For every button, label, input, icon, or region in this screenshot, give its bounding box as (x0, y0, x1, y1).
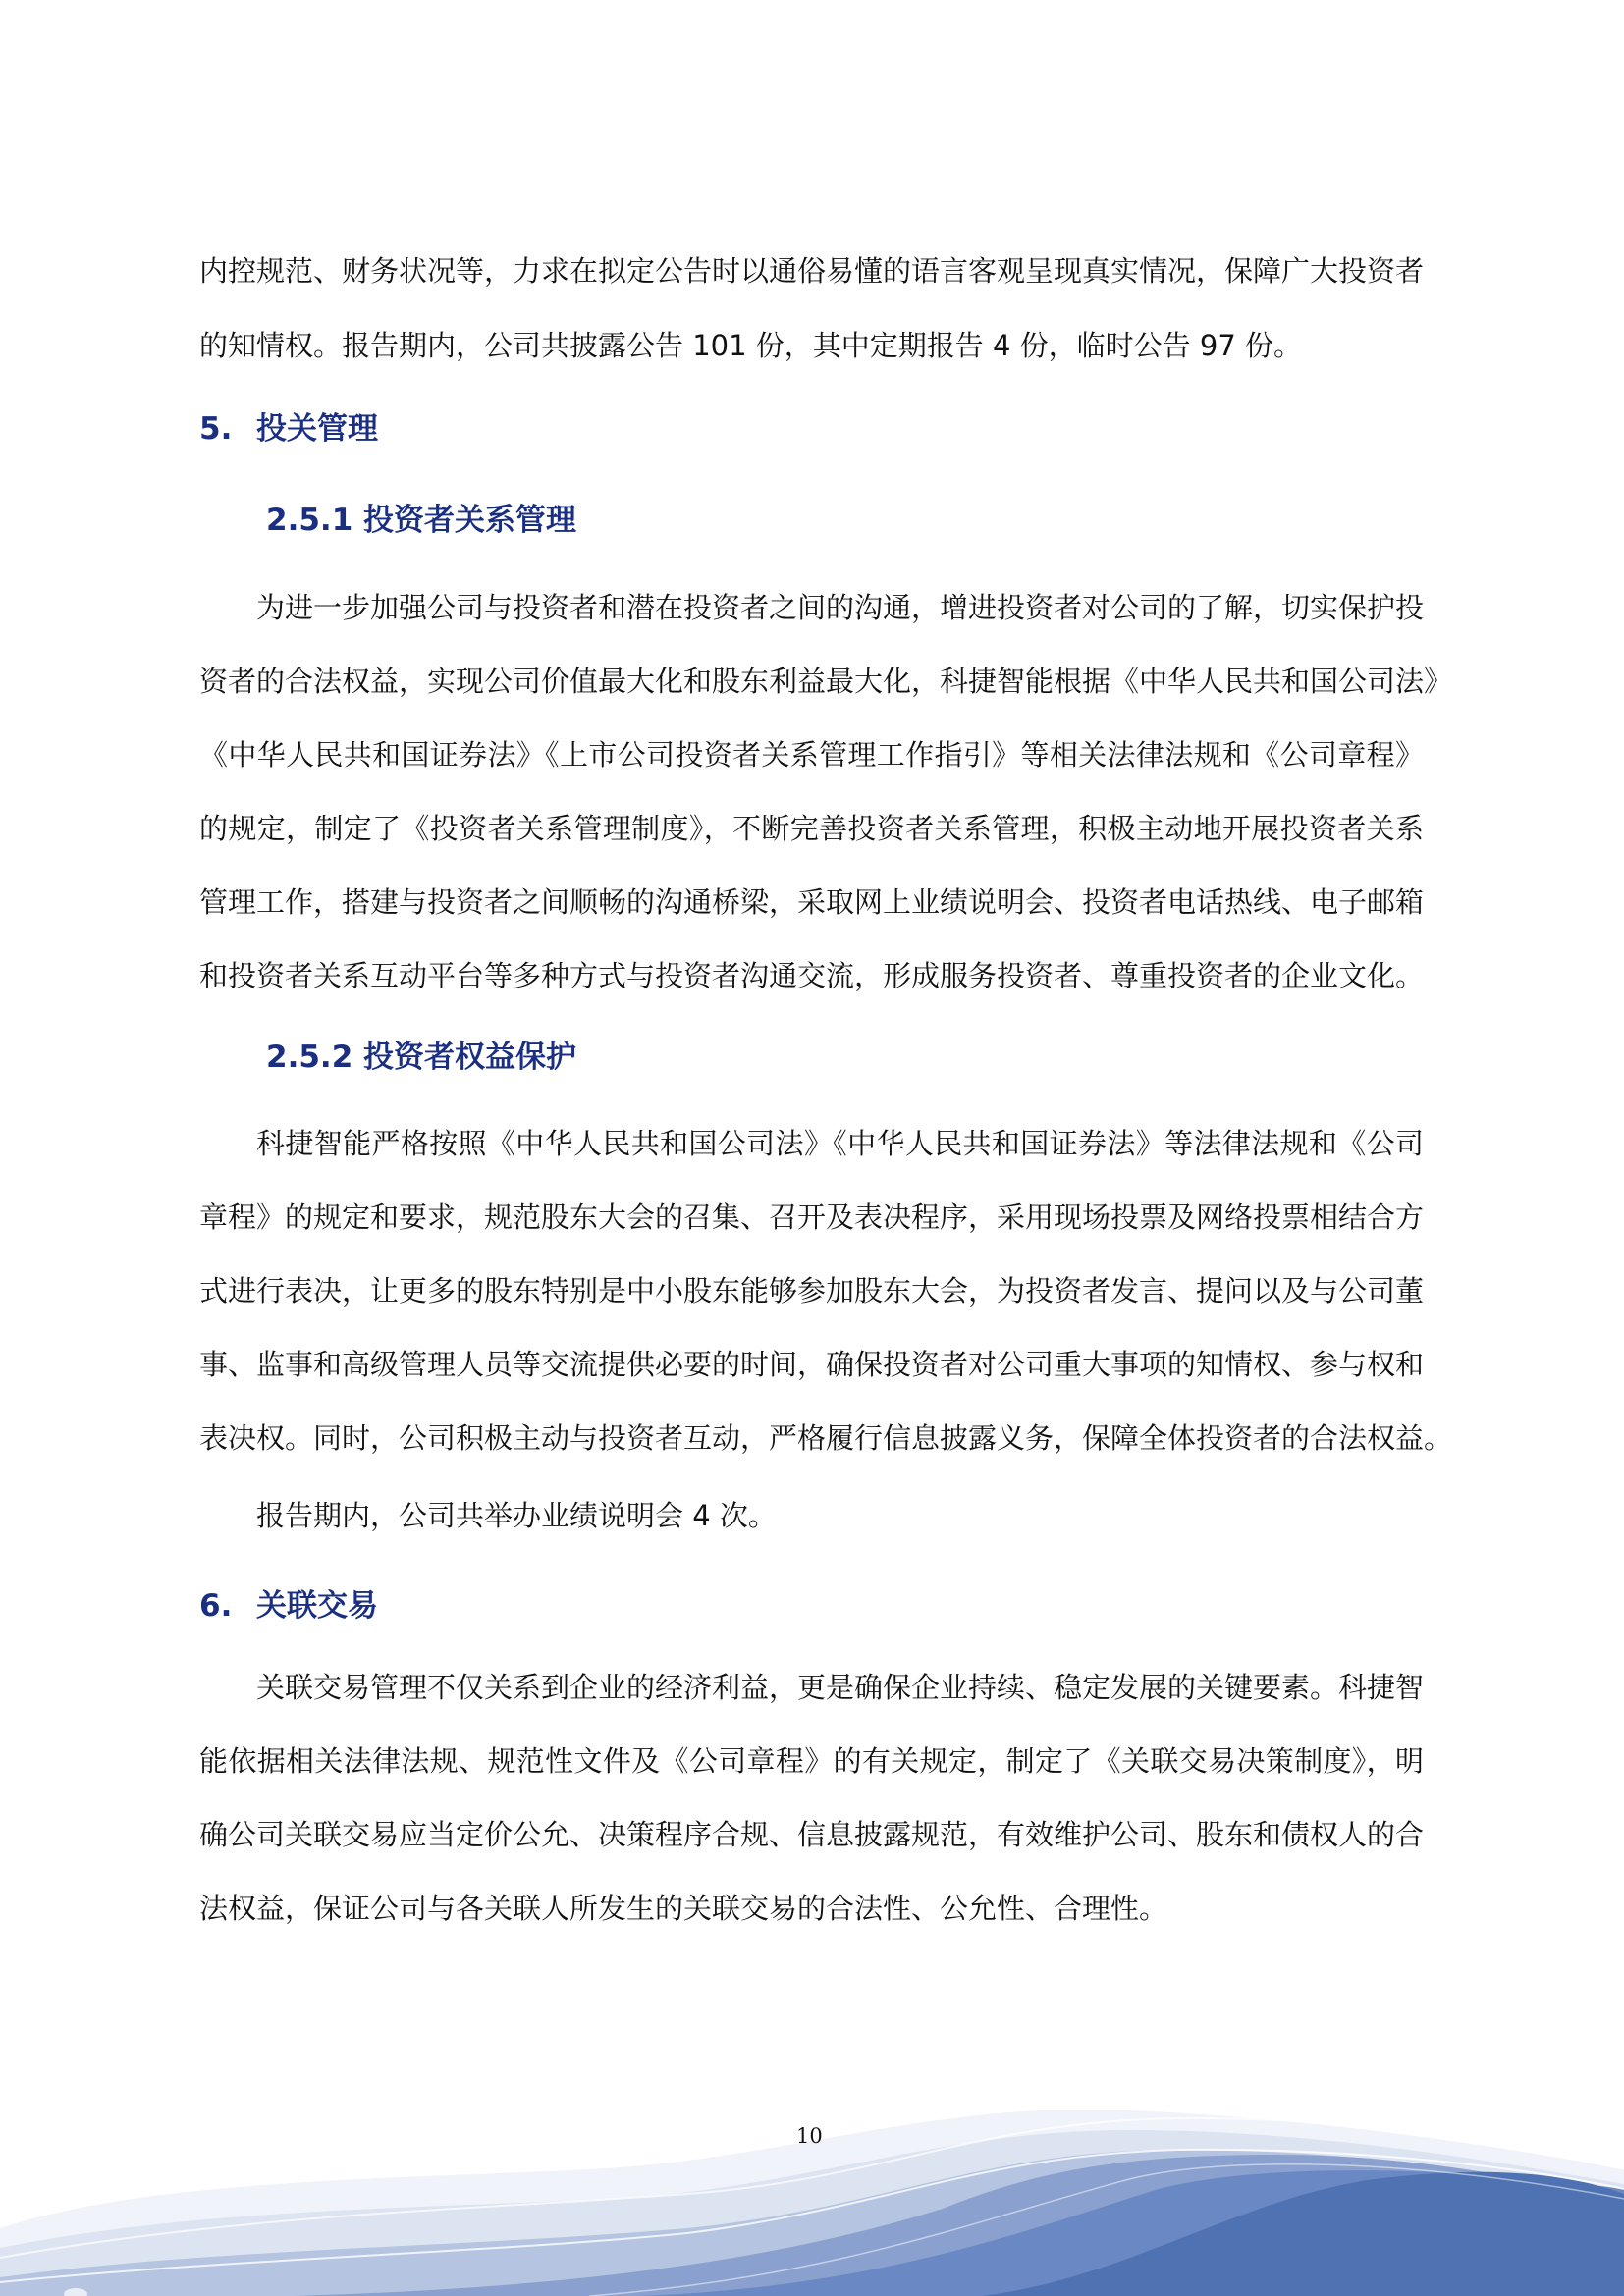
paragraph-line: 管理工作，搭建与投资者之间顺畅的沟通桥梁，采取网上业绩说明会、投资者电话热线、电… (199, 885, 1424, 919)
paragraph-line: 内控规范、财务状况等，力求在拟定公告时以通俗易懂的语言客观呈现真实情况，保障广大… (199, 254, 1424, 288)
page-number: 10 (796, 2124, 823, 2148)
paragraph-line: 事、监事和高级管理人员等交流提供必要的时间，确保投资者对公司重大事项的知情权、参… (199, 1348, 1424, 1381)
paragraph-line: 的知情权。报告期内，公司共披露公告 101 份，其中定期报告 4 份，临时公告 … (199, 329, 1424, 362)
paragraph-line: 能依据相关法律法规、规范性文件及《公司章程》的有关规定，制定了《关联交易决策制度… (199, 1744, 1424, 1778)
section-heading-5: 5.投关管理 (199, 411, 378, 447)
paragraph-line: 关联交易管理不仅关系到企业的经济利益，更是确保企业持续、稳定发展的关键要素。科捷… (256, 1671, 1424, 1704)
subsection-heading-2-5-1: 2.5.1 投资者关系管理 (266, 503, 576, 538)
paragraph-line: 科捷智能严格按照《中华人民共和国公司法》《中华人民共和国证券法》等法律法规和《公… (256, 1127, 1424, 1160)
paragraph-line: 确公司关联交易应当定价公允、决策程序合规、信息披露规范，有效维护公司、股东和债权… (199, 1818, 1424, 1851)
paragraph-line: 法权益，保证公司与各关联人所发生的关联交易的合法性、公允性、合理性。 (199, 1892, 1424, 1925)
section-title: 投关管理 (256, 411, 378, 447)
paragraph-line: 章程》的规定和要求，规范股东大会的召集、召开及表决程序，采用现场投票及网络投票相… (199, 1201, 1424, 1234)
document-page: 内控规范、财务状况等，力求在拟定公告时以通俗易懂的语言客观呈现真实情况，保障广大… (0, 0, 1624, 2296)
section-number: 6. (199, 1588, 256, 1624)
paragraph-line: 的规定，制定了《投资者关系管理制度》，不断完善投资者关系管理，积极主动地开展投资… (199, 812, 1424, 845)
paragraph-line: 资者的合法权益，实现公司价值最大化和股东利益最大化，科捷智能根据《中华人民共和国… (199, 665, 1424, 698)
subsection-heading-2-5-2: 2.5.2 投资者权益保护 (266, 1040, 576, 1075)
paragraph-line: 和投资者关系互动平台等多种方式与投资者沟通交流，形成服务投资者、尊重投资者的企业… (199, 959, 1424, 992)
paragraph-line: 表决权。同时，公司积极主动与投资者互动，严格履行信息披露义务，保障全体投资者的合… (199, 1421, 1424, 1455)
section-title: 关联交易 (256, 1588, 378, 1624)
paragraph-note: 报告期内，公司共举办业绩说明会 4 次。 (256, 1499, 1424, 1532)
paragraph-line: 为进一步加强公司与投资者和潜在投资者之间的沟通，增进投资者对公司的了解，切实保护… (256, 591, 1424, 624)
paragraph-line: 《中华人民共和国证券法》《上市公司投资者关系管理工作指引》等相关法律法规和《公司… (199, 738, 1424, 772)
paragraph-line: 式进行表决，让更多的股东特别是中小股东能够参加股东大会，为投资者发言、提问以及与… (199, 1274, 1424, 1308)
section-number: 5. (199, 411, 256, 447)
section-heading-6: 6.关联交易 (199, 1588, 378, 1624)
